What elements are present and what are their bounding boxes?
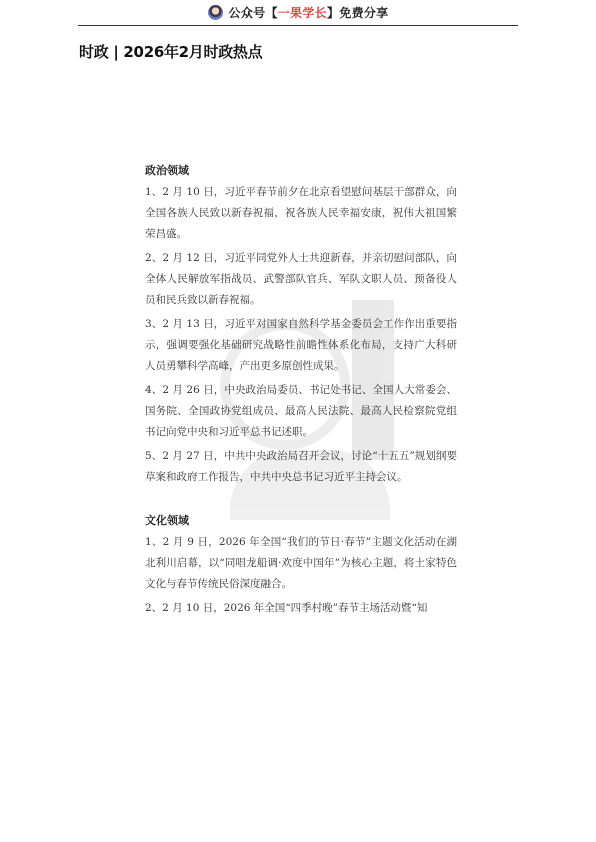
- list-item: 4、2 月 26 日，中央政治局委员、书记处书记、全国人大常委会、国务院、全国政…: [145, 380, 457, 443]
- document-title: 时政 | 2026年2月时政热点: [79, 41, 262, 62]
- header-divider: [78, 25, 518, 26]
- header-bracket-close: 】: [327, 4, 339, 21]
- list-item: 2、2 月 12 日，习近平同党外人士共迎新春，并亲切慰问部队，向全体人民解放军…: [145, 248, 457, 311]
- section-politics: 政治领域 1、2 月 10 日，习近平春节前夕在北京看望慰问基层干部群众，向全国…: [145, 160, 457, 488]
- header-suffix: 免费分享: [339, 4, 388, 21]
- list-item: 2、2 月 10 日，2026 年全国“四季村晚”春节主场活动暨“知: [145, 598, 457, 619]
- page-header: 公众号 【 一果学长 】 免费分享: [0, 0, 596, 24]
- list-item: 5、2 月 27 日，中共中央政治局召开会议，讨论“十五五”规划纲要草案和政府工…: [145, 446, 457, 488]
- section-title: 文化领域: [145, 510, 457, 531]
- list-item: 1、2 月 10 日，习近平春节前夕在北京看望慰问基层干部群众，向全国各族人民致…: [145, 182, 457, 245]
- list-item: 3、2 月 13 日，习近平对国家自然科学基金委员会工作作出重要指示，强调要强化…: [145, 314, 457, 377]
- list-item: 1、2 月 9 日，2026 年全国“我们的节日·春节”主题文化活动在湖北利川启…: [145, 532, 457, 595]
- header-bracket-open: 【: [265, 4, 277, 21]
- header-brand: 一果学长: [278, 4, 327, 21]
- avatar-icon: [208, 5, 223, 20]
- document-body: 政治领域 1、2 月 10 日，习近平春节前夕在北京看望慰问基层干部群众，向全国…: [145, 160, 457, 622]
- section-culture: 文化领域 1、2 月 9 日，2026 年全国“我们的节日·春节”主题文化活动在…: [145, 510, 457, 619]
- header-prefix: 公众号: [229, 4, 266, 21]
- section-title: 政治领域: [145, 160, 457, 181]
